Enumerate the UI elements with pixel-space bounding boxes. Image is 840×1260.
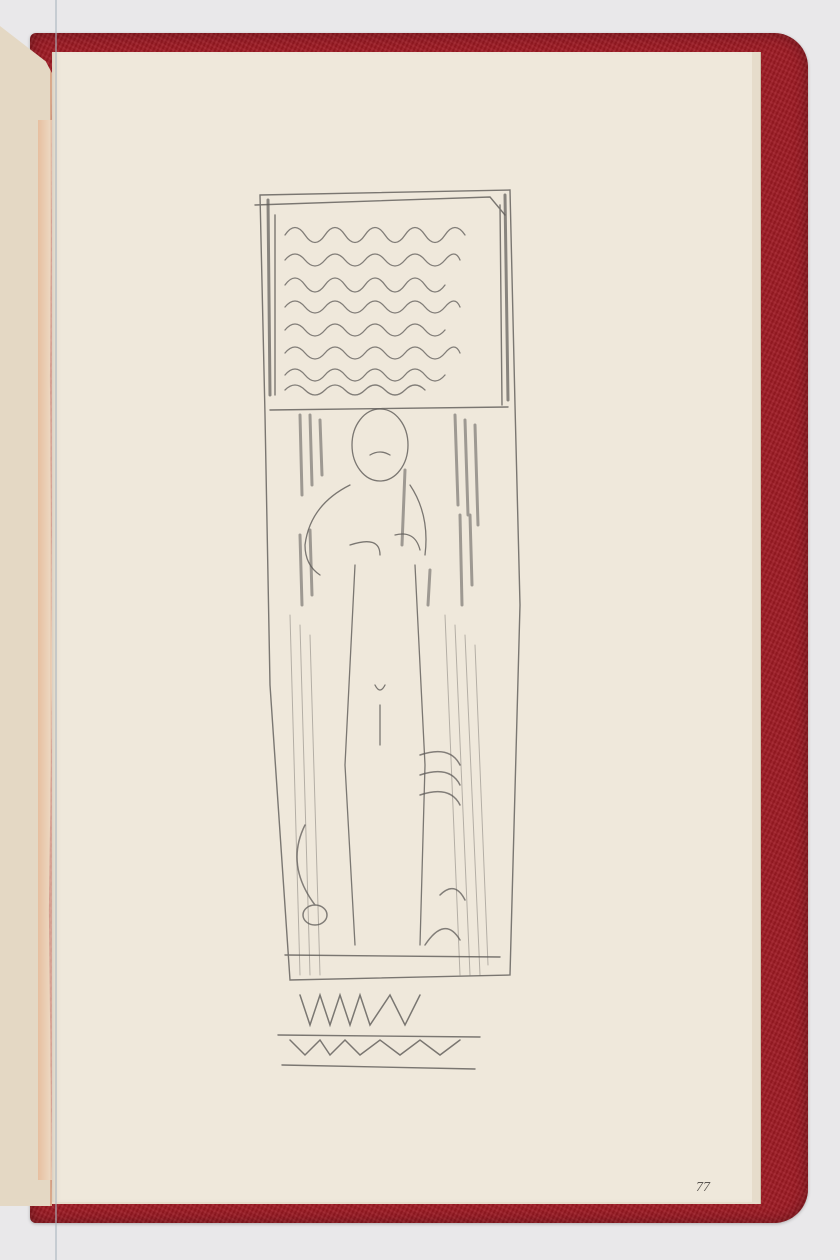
top-inscription xyxy=(285,228,465,396)
lower-ornaments xyxy=(297,752,465,945)
glass-reflection-line xyxy=(55,0,57,1260)
left-page-edge xyxy=(38,120,52,1180)
top-pillars xyxy=(268,195,508,400)
page-number: 77 xyxy=(696,1180,710,1196)
standing-figure xyxy=(305,409,426,945)
pencil-sketch xyxy=(230,185,530,1085)
side-shading xyxy=(300,415,478,605)
tablet-outline xyxy=(255,190,520,1069)
side-hatching xyxy=(290,615,488,975)
bottom-inscription xyxy=(290,995,460,1055)
